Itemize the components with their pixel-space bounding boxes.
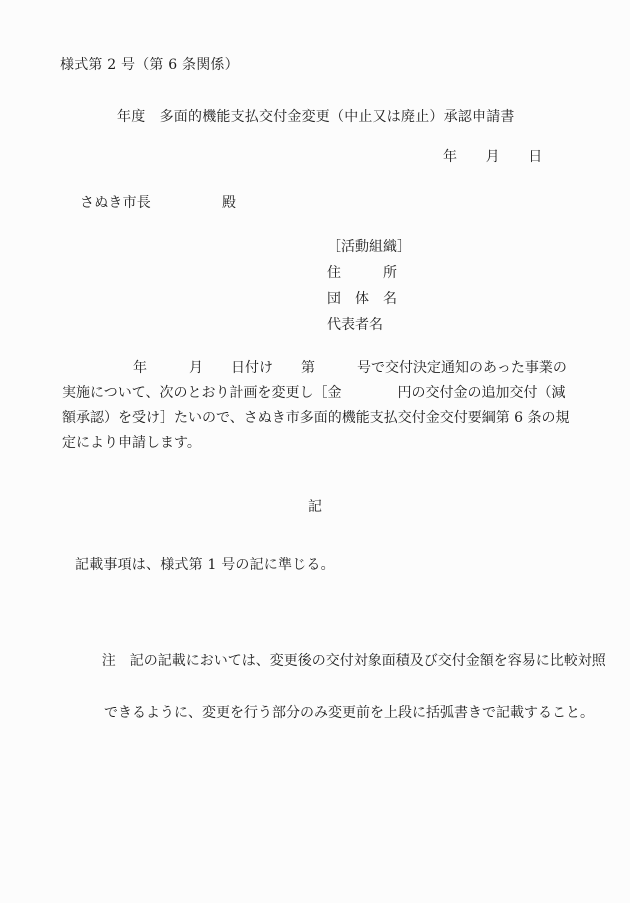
body-line-3: 額承認）を受け］たいので、さぬき市多面的機能支払交付金交付要綱第 6 条の規	[62, 406, 607, 431]
annotation-note: 注記の記載においては、変更後の交付対象面積及び交付金額を容易に比較対照 できるよ…	[75, 622, 606, 726]
applicant-representative-label: 代表者名	[327, 312, 411, 338]
body-line-1: 年 月 日付け 第 号で交付決定通知のあった事業の	[62, 356, 607, 381]
annotation-line-2: できるように、変更を行う部分のみ変更前を上段に括弧書きで記載すること。	[104, 700, 606, 726]
date-line: 年 月 日	[443, 147, 542, 167]
applicant-heading: ［活動組織］	[327, 234, 411, 260]
document-page: 様式第 2 号（第 6 条関係） 年度 多面的機能支払交付金変更（中止又は廃止）…	[0, 0, 630, 903]
section-heading-ki: 記	[0, 497, 630, 517]
annotation-label: 注	[102, 653, 116, 669]
entries-note: 記載事項は、様式第 1 号の記に準じる。	[75, 555, 335, 575]
form-number: 様式第 2 号（第 6 条関係）	[60, 55, 239, 75]
annotation-line-1: 記の記載においては、変更後の交付対象面積及び交付金額を容易に比較対照	[130, 653, 606, 669]
applicant-block: ［活動組織］ 住 所 団 体 名 代表者名	[327, 234, 411, 338]
applicant-organization-label: 団 体 名	[327, 286, 411, 312]
document-title: 年度 多面的機能支払交付金変更（中止又は廃止）承認申請書	[117, 107, 515, 127]
application-body: 年 月 日付け 第 号で交付決定通知のあった事業の 実施について、次のとおり計画…	[62, 356, 607, 456]
applicant-address-label: 住 所	[327, 260, 411, 286]
annotation-row-1: 注記の記載においては、変更後の交付対象面積及び交付金額を容易に比較対照	[75, 622, 606, 700]
body-line-4: 定により申請します。	[62, 431, 607, 456]
addressee-line: さぬき市長 殿	[80, 193, 236, 213]
body-line-2: 実施について、次のとおり計画を変更し［金 円の交付金の追加交付（減	[62, 381, 607, 406]
